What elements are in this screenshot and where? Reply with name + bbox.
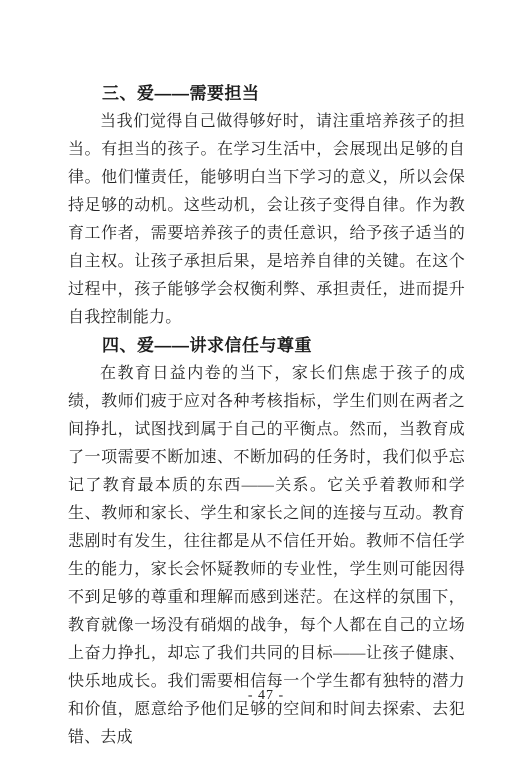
page-number: - 47 -: [0, 688, 532, 704]
section-paragraph-responsibility: 当我们觉得自己做得够好时，请注重培养孩子的担当。有担当的孩子。在学习生活中，会展…: [68, 108, 465, 332]
page-content: 三、爱——需要担当 当我们觉得自己做得够好时，请注重培养孩子的担当。有担当的孩子…: [68, 80, 465, 752]
document-page: 三、爱——需要担当 当我们觉得自己做得够好时，请注重培养孩子的担当。有担当的孩子…: [0, 0, 532, 768]
section-heading-love-trust-respect: 四、爱——讲求信任与尊重: [68, 332, 465, 360]
section-heading-love-needs-responsibility: 三、爱——需要担当: [68, 80, 465, 108]
